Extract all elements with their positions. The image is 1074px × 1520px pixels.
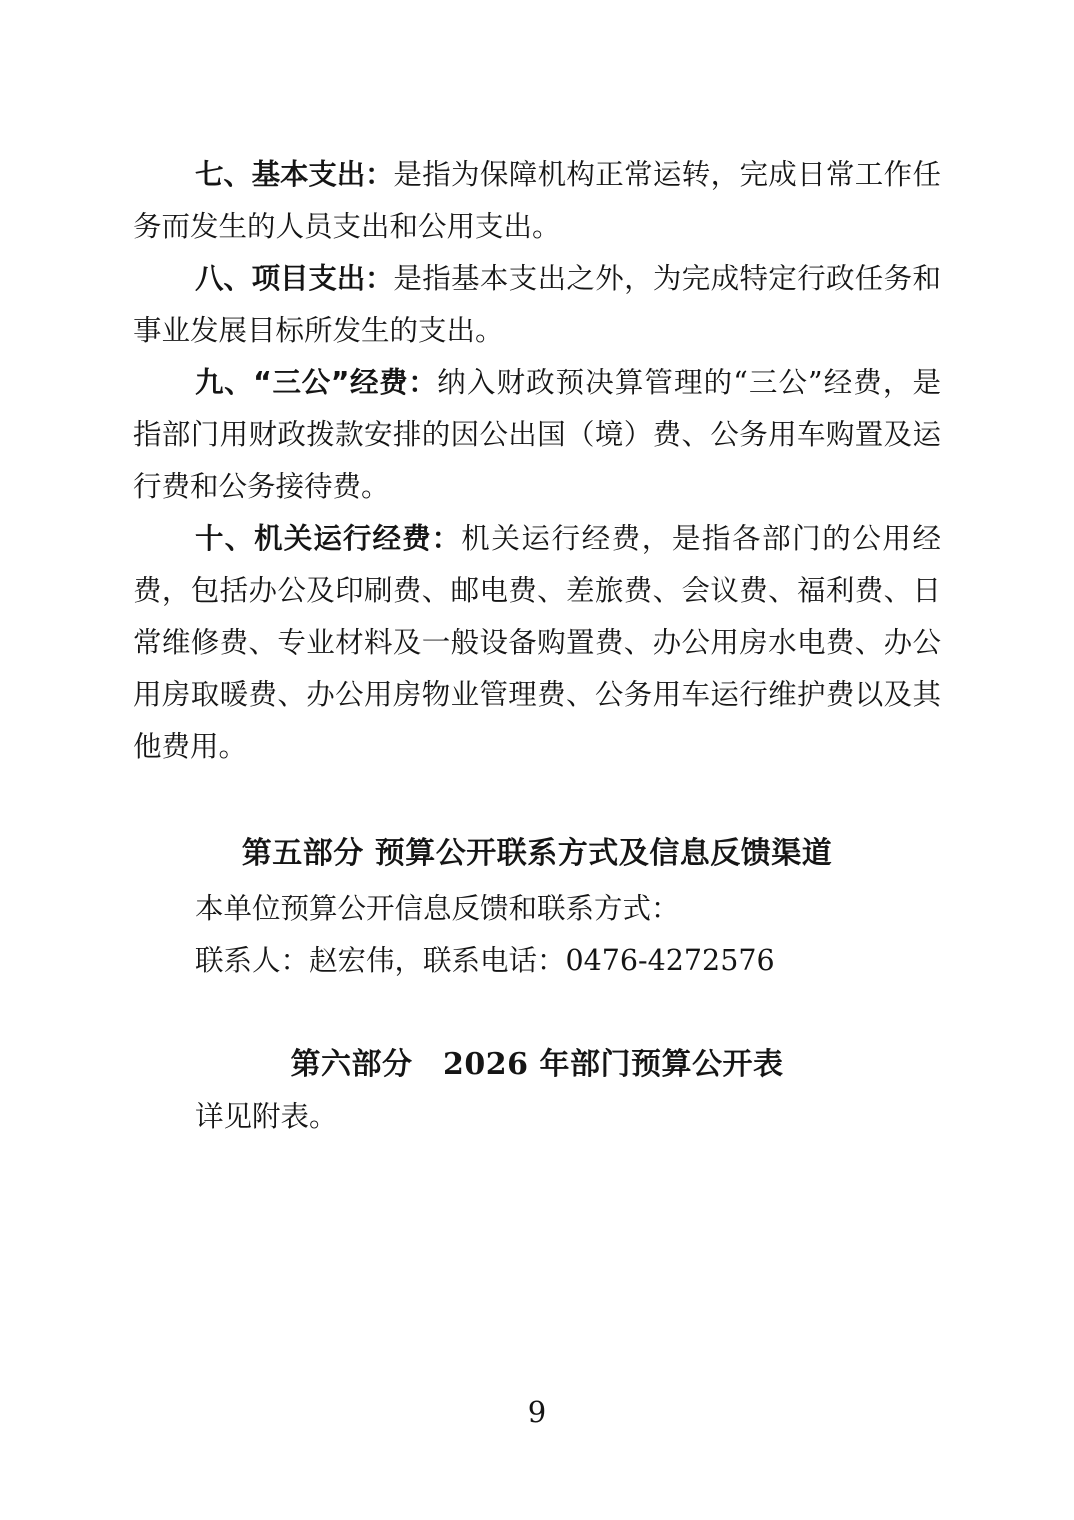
definition-body: 机关运行经费，是指各部门的公用经费，包括办公及印刷费、邮电费、差旅费、会议费、福… (133, 522, 941, 763)
section6-heading: 第六部分 2026 年部门预算公开表 (133, 1039, 941, 1091)
page-number: 9 (0, 1386, 1074, 1438)
definition-term: 十、机关运行经费： (195, 522, 461, 555)
document-page: 七、基本支出：是指为保障机构正常运转，完成日常工作任务而发生的人员支出和公用支出… (0, 0, 1074, 1520)
page-content: 七、基本支出：是指为保障机构正常运转，完成日常工作任务而发生的人员支出和公用支出… (133, 149, 941, 1143)
definition-paragraph-project-expenditure: 八、项目支出：是指基本支出之外，为完成特定行政任务和事业发展目标所发生的支出。 (133, 253, 941, 357)
definition-term: 九、“三公”经费： (195, 366, 437, 399)
definition-term: 七、基本支出： (195, 158, 393, 191)
see-attached-tables-note: 详见附表。 (133, 1091, 941, 1143)
contact-info-line: 联系人：赵宏伟，联系电话：0476-4272576 (133, 935, 941, 987)
definition-paragraph-basic-expenditure: 七、基本支出：是指为保障机构正常运转，完成日常工作任务而发生的人员支出和公用支出… (133, 149, 941, 253)
definition-term: 八、项目支出： (195, 262, 393, 295)
definition-paragraph-operating-funds: 十、机关运行经费：机关运行经费，是指各部门的公用经费，包括办公及印刷费、邮电费、… (133, 513, 941, 773)
contact-intro-line: 本单位预算公开信息反馈和联系方式： (133, 883, 941, 935)
section5-heading: 第五部分 预算公开联系方式及信息反馈渠道 (133, 828, 941, 880)
definition-paragraph-three-public-funds: 九、“三公”经费：纳入财政预决算管理的“三公”经费，是指部门用财政拨款安排的因公… (133, 357, 941, 513)
